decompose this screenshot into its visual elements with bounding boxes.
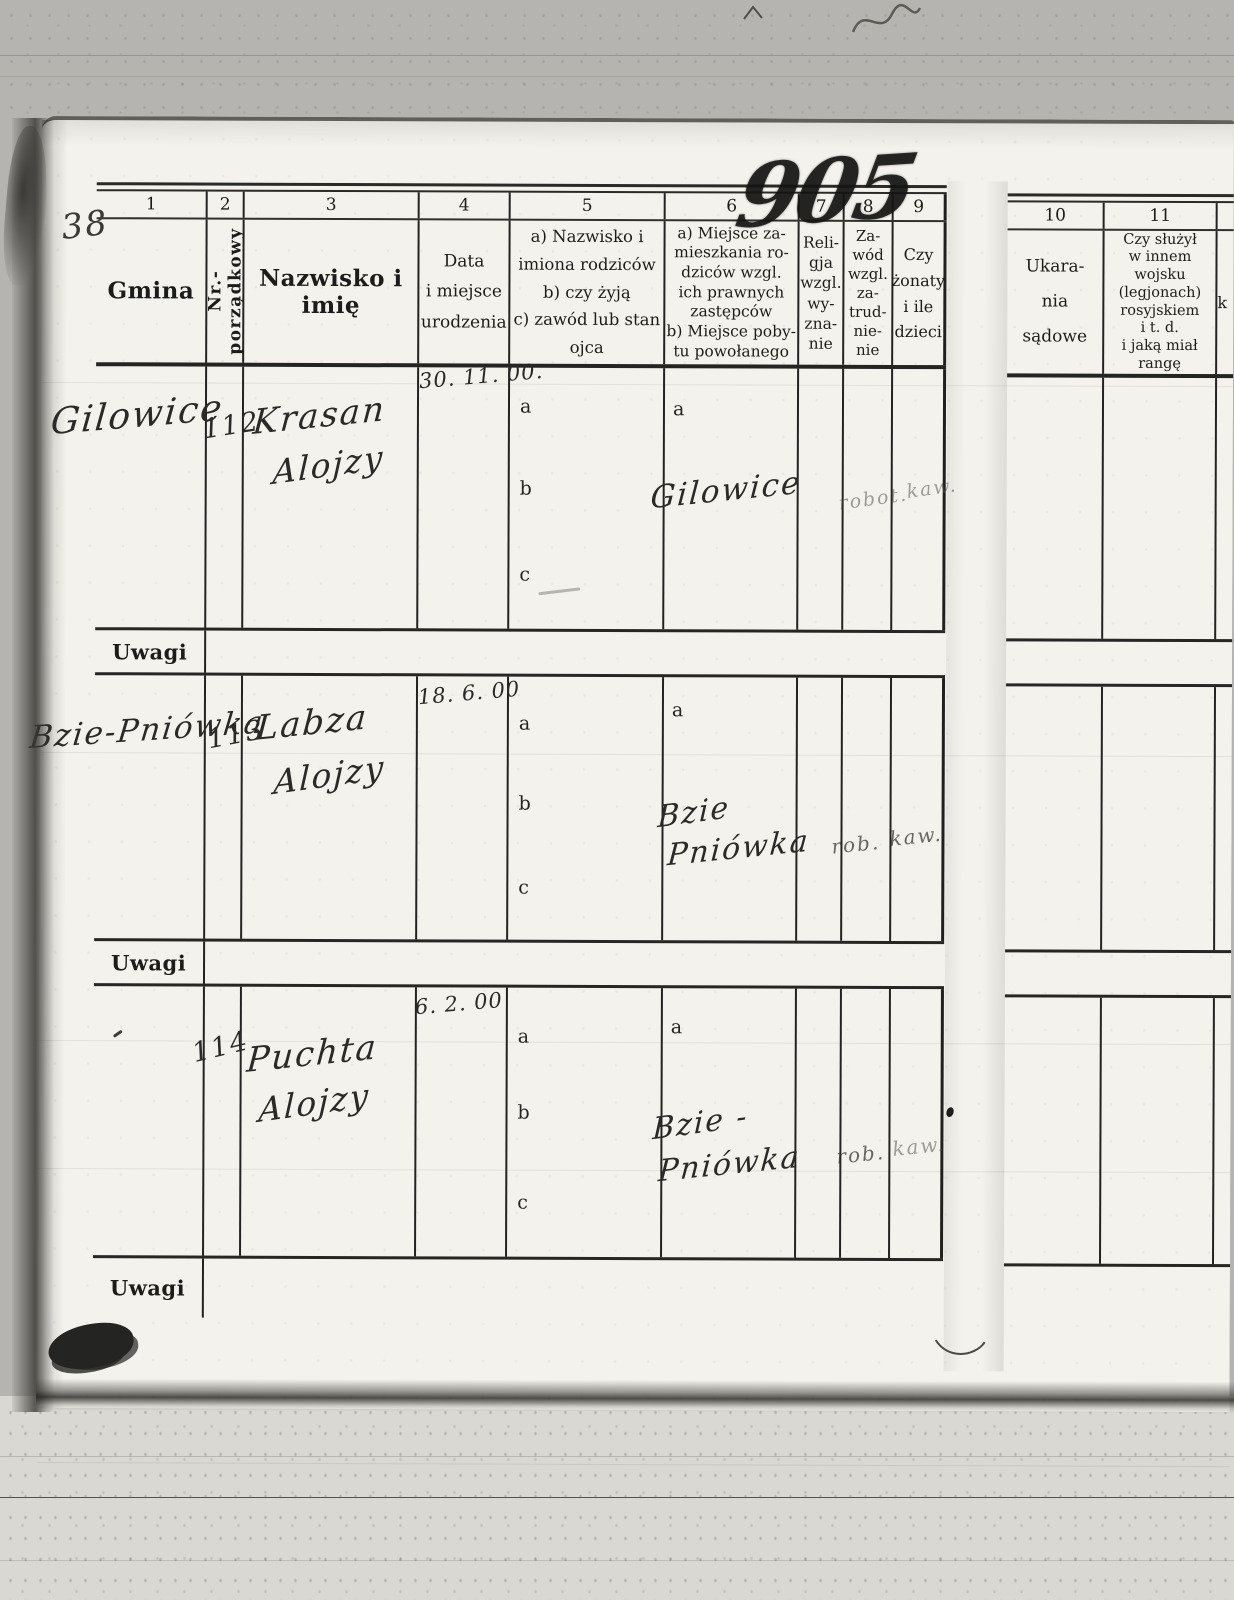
book-spine-shadow bbox=[12, 118, 54, 1412]
column-3-number: 3 bbox=[245, 192, 420, 219]
col5-letter-c: c bbox=[519, 564, 530, 586]
register-table-right: 10 11 Ukara- nia sądowe Czy służył w inn… bbox=[1004, 193, 1234, 1267]
scanner-background-top bbox=[0, 0, 1234, 126]
cell bbox=[841, 989, 891, 1258]
column-5-header: a) Nazwisko i imiona rodziców b) czy żyj… bbox=[510, 221, 665, 365]
cell bbox=[1102, 687, 1216, 950]
col5-letter-b: b bbox=[519, 793, 531, 815]
cell bbox=[842, 678, 892, 941]
scratch-line bbox=[0, 1456, 1234, 1457]
record-3-occupation: rob. bbox=[835, 1140, 886, 1169]
record-row-3-right bbox=[1004, 997, 1231, 1267]
col5-letter-a: a bbox=[519, 713, 530, 735]
column-4-number: 4 bbox=[420, 192, 511, 218]
cell bbox=[1103, 378, 1217, 639]
record-2-occupation: rob. bbox=[830, 830, 881, 859]
column-header-band: Ukara- nia sądowe Czy służył w innem woj… bbox=[1007, 230, 1234, 378]
scratch-line bbox=[0, 55, 1234, 56]
scratch-line bbox=[0, 76, 1234, 77]
column-1-header: Gmina bbox=[96, 219, 207, 362]
col5-letter-b: b bbox=[520, 478, 532, 500]
page-top-shade bbox=[42, 120, 1234, 150]
column-11-header: Czy służył w innem wojsku (legjonach) ro… bbox=[1104, 231, 1217, 374]
column-2-header: Nr.-porządkowy bbox=[207, 220, 244, 363]
cell bbox=[417, 676, 509, 939]
cell bbox=[796, 989, 842, 1258]
column-2-number: 2 bbox=[208, 192, 245, 218]
uwagi-label: Uwagi bbox=[95, 630, 206, 672]
cell bbox=[508, 677, 664, 941]
gmina-header-label: Gmina bbox=[107, 277, 194, 304]
ukarania-header-label: Ukara- nia sądowe bbox=[1022, 250, 1087, 355]
col6-letter-a: a bbox=[673, 398, 684, 420]
col5-letter-b: b bbox=[517, 1102, 529, 1124]
cell bbox=[1005, 686, 1103, 949]
page-number-stamp: 905 bbox=[729, 133, 922, 248]
cell bbox=[507, 988, 663, 1258]
cell bbox=[418, 367, 510, 628]
cell bbox=[509, 368, 665, 630]
zawod-header-label: Za- wód wzgl. za- trud- nie- nie bbox=[848, 227, 888, 359]
record-row-1-right bbox=[1006, 377, 1233, 639]
cell bbox=[1101, 998, 1215, 1264]
column-10-number: 10 bbox=[1008, 202, 1105, 228]
cell bbox=[891, 678, 945, 941]
cell bbox=[797, 678, 843, 941]
column-10-header: Ukara- nia sądowe bbox=[1007, 230, 1104, 373]
cell bbox=[1004, 997, 1102, 1263]
cell bbox=[1216, 378, 1233, 639]
cell bbox=[890, 989, 944, 1258]
column-12-header: k bbox=[1217, 231, 1233, 374]
column-12-number bbox=[1218, 203, 1234, 229]
data-urodzenia-header-label: Data i miejsce urodzenia bbox=[421, 246, 507, 338]
column-11-number: 11 bbox=[1105, 203, 1218, 229]
record-row-3: a b c a bbox=[93, 986, 944, 1258]
rodzice-header-label: a) Nazwisko i imiona rodziców b) czy żyj… bbox=[513, 223, 660, 362]
uwagi-row-1-right bbox=[1006, 638, 1232, 687]
scratch-line bbox=[0, 1497, 1234, 1498]
column-3-header: Nazwisko i imię bbox=[244, 220, 419, 364]
book-fold-shadow bbox=[944, 181, 1008, 1371]
uwagi-label: Uwagi bbox=[93, 1258, 204, 1317]
zonaty-header-label: Czy żonaty i ile dzieci bbox=[892, 242, 946, 345]
arc-mark bbox=[934, 1335, 988, 1361]
column-9-header: Czy żonaty i ile dzieci bbox=[893, 222, 946, 365]
uwagi-row-2-right bbox=[1005, 949, 1231, 998]
nazwisko-header-label: Nazwisko i imię bbox=[244, 264, 417, 319]
record-row-2-right bbox=[1005, 686, 1232, 950]
margin-note: 38 bbox=[59, 203, 111, 248]
column-8-header: Za- wód wzgl. za- trud- nie- nie bbox=[844, 222, 893, 365]
cell bbox=[416, 987, 508, 1256]
col5-letter-a: a bbox=[520, 396, 531, 418]
uwagi-row-1: Uwagi bbox=[95, 627, 945, 678]
cell bbox=[93, 986, 205, 1255]
scanner-background-bottom bbox=[0, 1396, 1234, 1600]
col6-letter-a: a bbox=[671, 1016, 682, 1038]
column-number-band: 10 11 bbox=[1008, 202, 1234, 231]
column-4-header: Data i miejsce urodzenia bbox=[419, 220, 510, 363]
register-page: 1 2 3 4 5 6 7 8 9 Gmina Nr.-porządkowy N… bbox=[37, 116, 1234, 1412]
col5-letter-c: c bbox=[517, 1192, 528, 1214]
scratch-line bbox=[0, 1560, 1234, 1561]
uwagi-row-2: Uwagi bbox=[94, 938, 944, 989]
column-5-number: 5 bbox=[511, 193, 666, 220]
caret-mark bbox=[742, 4, 764, 22]
religja-header-label: Reli- gja wzgl. wy- zna- nie bbox=[800, 233, 842, 354]
uwagi-row-3: Uwagi bbox=[93, 1255, 943, 1320]
uwagi-label: Uwagi bbox=[94, 941, 205, 983]
squiggle-mark bbox=[850, 2, 924, 42]
nr-porzadkowy-header-label: Nr.-porządkowy bbox=[205, 220, 245, 363]
col12-partial-label: k bbox=[1217, 293, 1227, 312]
cell bbox=[1215, 687, 1232, 950]
col5-letter-c: c bbox=[518, 877, 529, 899]
sluzba-header-label: Czy służył w innem wojsku (legjonach) ro… bbox=[1118, 232, 1201, 374]
cell bbox=[1006, 377, 1104, 638]
column-1-number: 1 bbox=[97, 191, 208, 217]
scanned-register-page: 1 2 3 4 5 6 7 8 9 Gmina Nr.-porządkowy N… bbox=[0, 0, 1234, 1600]
cell bbox=[1214, 998, 1231, 1264]
page-bottom-edge bbox=[36, 1378, 1234, 1413]
col6-letter-a: a bbox=[672, 699, 683, 721]
col5-letter-a: a bbox=[518, 1026, 529, 1048]
